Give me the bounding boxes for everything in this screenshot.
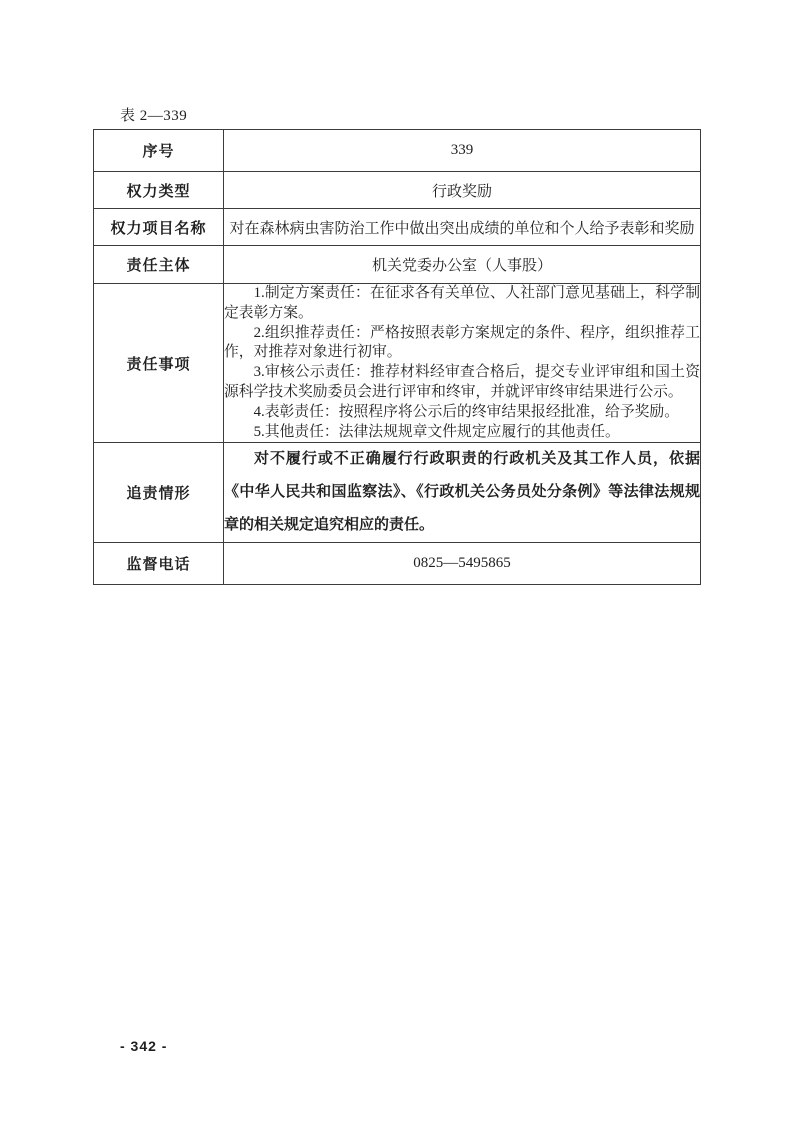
row-label-power-item-name: 权力项目名称 <box>94 209 224 246</box>
table-row-serial-number: 序号 339 <box>94 130 701 172</box>
table-row-power-type: 权力类型 行政奖励 <box>94 172 701 209</box>
row-value-power-item-name: 对在森林病虫害防治工作中做出突出成绩的单位和个人给予表彰和奖励 <box>224 209 701 246</box>
responsibility-item: 2.组织推荐责任：严格按照表彰方案规定的条件、程序，组织推荐工作，对推荐对象进行… <box>224 324 700 364</box>
responsibility-table: 序号 339 权力类型 行政奖励 权力项目名称 对在森林病虫害防治工作中做出突出… <box>93 129 701 585</box>
row-label-accountability-situations: 追责情形 <box>94 443 224 543</box>
responsibility-item: 1.制定方案责任：在征求各有关单位、人社部门意见基础上，科学制定表彰方案。 <box>224 284 700 324</box>
row-value-power-type: 行政奖励 <box>224 172 701 209</box>
table-row-supervision-phone: 监督电话 0825—5495865 <box>94 543 701 585</box>
accountability-text: 对不履行或不正确履行行政职责的行政机关及其工作人员，依据《中华人民共和国监察法》… <box>224 443 700 542</box>
table-row-responsibility-items: 责任事项 1.制定方案责任：在征求各有关单位、人社部门意见基础上，科学制定表彰方… <box>94 284 701 443</box>
row-label-responsibility-items: 责任事项 <box>94 284 224 443</box>
table-row-responsible-entity: 责任主体 机关党委办公室（人事股） <box>94 246 701 284</box>
document-page: 表 2—339 序号 339 权力类型 行政奖励 权力项目名称 对在森林病虫害防… <box>0 0 793 1122</box>
table-row-accountability-situations: 追责情形 对不履行或不正确履行行政职责的行政机关及其工作人员，依据《中华人民共和… <box>94 443 701 543</box>
row-value-responsibility-items: 1.制定方案责任：在征求各有关单位、人社部门意见基础上，科学制定表彰方案。 2.… <box>224 284 701 443</box>
page-number: - 342 - <box>120 1038 167 1054</box>
row-value-responsible-entity: 机关党委办公室（人事股） <box>224 246 701 284</box>
responsibility-item: 4.表彰责任：按照程序将公示后的终审结果报经批准，给予奖励。 <box>224 403 700 423</box>
row-value-accountability-situations: 对不履行或不正确履行行政职责的行政机关及其工作人员，依据《中华人民共和国监察法》… <box>224 443 701 543</box>
table-caption: 表 2—339 <box>120 104 187 125</box>
row-value-supervision-phone: 0825—5495865 <box>224 543 701 585</box>
table-row-power-item-name: 权力项目名称 对在森林病虫害防治工作中做出突出成绩的单位和个人给予表彰和奖励 <box>94 209 701 246</box>
row-label-supervision-phone: 监督电话 <box>94 543 224 585</box>
responsibility-item: 5.其他责任：法律法规规章文件规定应履行的其他责任。 <box>224 423 700 443</box>
row-value-serial-number: 339 <box>224 130 701 172</box>
row-label-responsible-entity: 责任主体 <box>94 246 224 284</box>
row-label-power-type: 权力类型 <box>94 172 224 209</box>
responsibility-item: 3.审核公示责任：推荐材料经审查合格后，提交专业评审组和国土资源科学技术奖励委员… <box>224 363 700 403</box>
row-label-serial-number: 序号 <box>94 130 224 172</box>
